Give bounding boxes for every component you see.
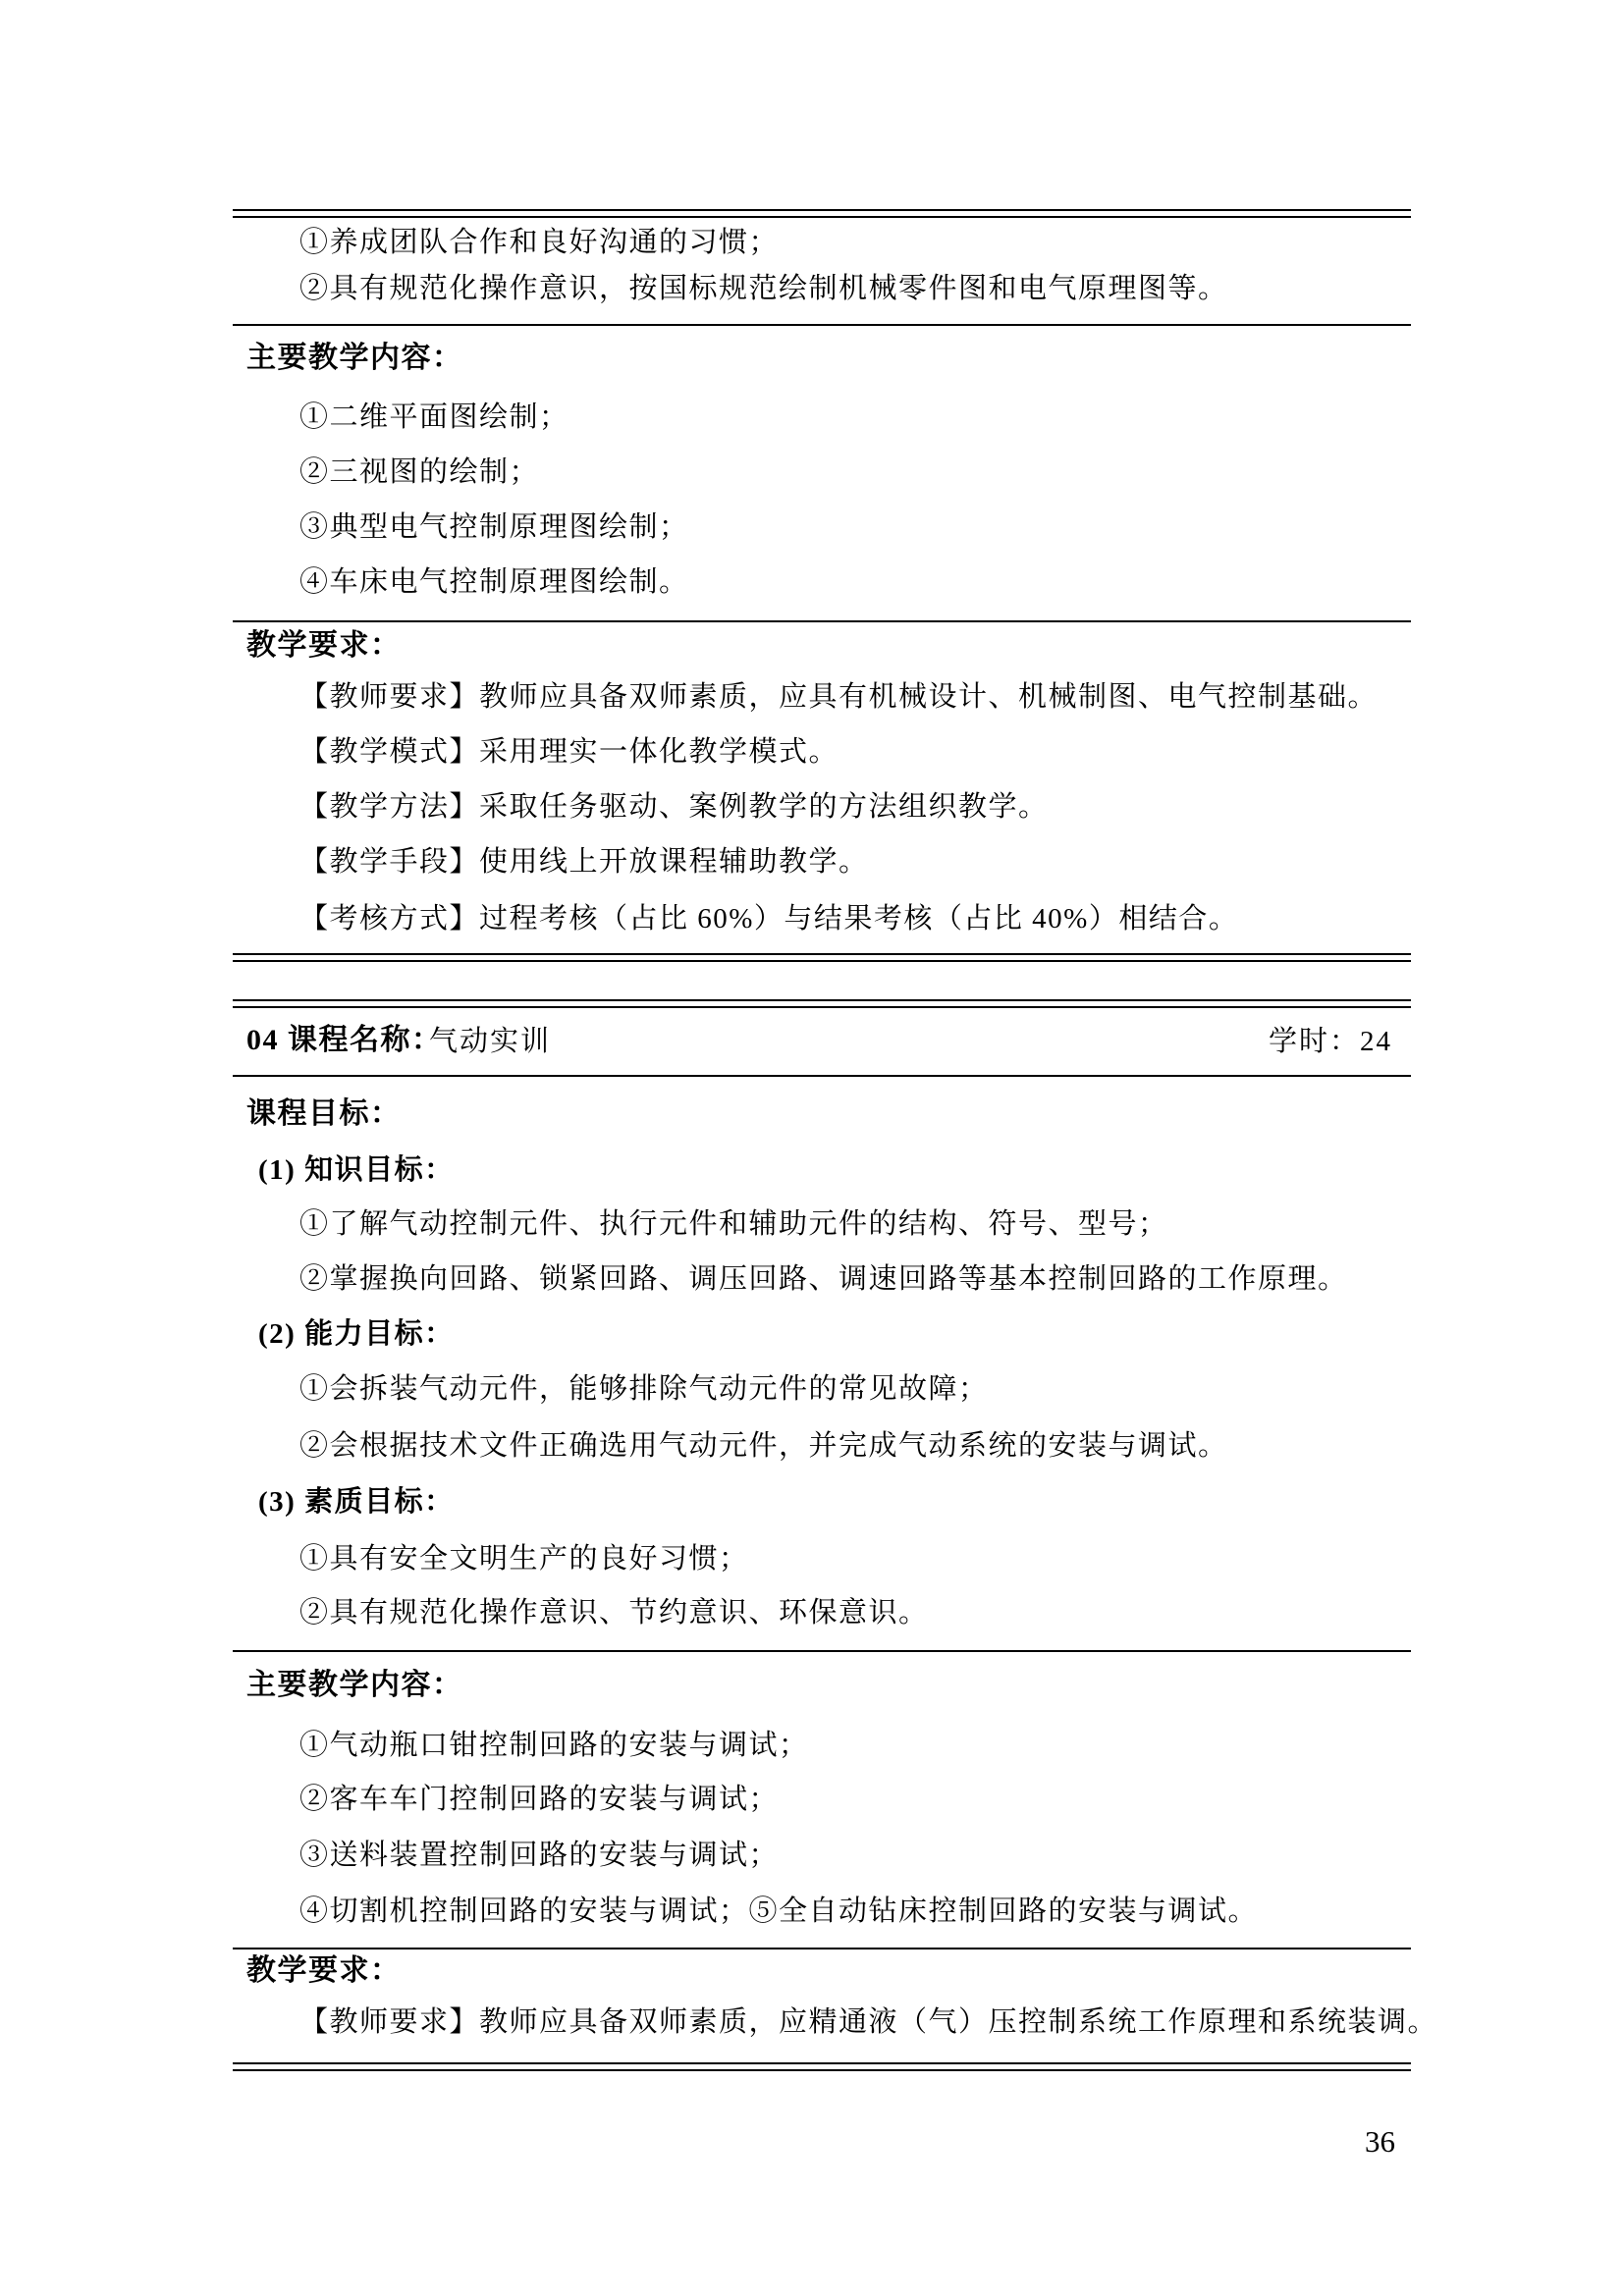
teaching-requirement-item: 【教学手段】使用线上开放课程辅助教学。 <box>299 844 869 880</box>
section-title-teaching-content: 主要教学内容： <box>246 341 463 376</box>
section-title-teaching-requirements: 教学要求： <box>246 1953 402 1989</box>
course-number-label: 04 课程名称： <box>246 1023 443 1058</box>
teaching-content-item: ④切割机控制回路的安装与调试；⑤全自动钻床控制回路的安装与调试。 <box>299 1894 1258 1929</box>
document-page: ①养成团队合作和良好沟通的习惯； ②具有规范化操作意识，按国标规范绘制机械零件图… <box>0 0 1624 2296</box>
knowledge-goal-item: ①了解气动控制元件、执行元件和辅助元件的结构、符号、型号； <box>299 1206 1168 1242</box>
teaching-content-item: ②三视图的绘制； <box>299 454 539 490</box>
divider-double <box>233 953 1411 962</box>
teaching-content-item: ③典型电气控制原理图绘制； <box>299 509 689 545</box>
subsection-title-knowledge-goals: (1) 知识目标： <box>258 1152 455 1188</box>
teaching-content-item: ①气动瓶口钳控制回路的安装与调试； <box>299 1728 809 1763</box>
ability-goal-item: ②会根据技术文件正确选用气动元件，并完成气动系统的安装与调试。 <box>299 1428 1228 1464</box>
teaching-requirement-item: 【考核方式】过程考核（占比 60%）与结果考核（占比 40%）相结合。 <box>299 901 1238 936</box>
divider-single <box>233 1650 1411 1652</box>
divider-single <box>233 1948 1411 1949</box>
section-title-course-objectives: 课程目标： <box>246 1096 402 1132</box>
teaching-requirement-item: 【教师要求】教师应具备双师素质，应精通液（气）压控制系统工作原理和系统装调。 <box>299 2004 1437 2040</box>
teaching-requirement-item: 【教师要求】教师应具备双师素质，应具有机械设计、机械制图、电气控制基础。 <box>299 679 1378 715</box>
divider-double <box>233 2062 1411 2071</box>
section-title-teaching-content: 主要教学内容： <box>246 1668 463 1703</box>
teaching-content-item: ③送料装置控制回路的安装与调试； <box>299 1838 779 1873</box>
course-hours-value: 24 <box>1360 1026 1392 1057</box>
divider-single <box>233 324 1411 326</box>
course-hours: 学时：24 <box>1269 1024 1392 1059</box>
divider-single <box>233 1075 1411 1077</box>
subsection-title-quality-goals: (3) 素质目标： <box>258 1484 455 1520</box>
ability-goal-item: ①会拆装气动元件，能够排除气动元件的常见故障； <box>299 1371 989 1407</box>
quality-goal-item: ①具有安全文明生产的良好习惯； <box>299 1541 749 1576</box>
section-title-teaching-requirements: 教学要求： <box>246 628 402 664</box>
teaching-content-item: ①二维平面图绘制； <box>299 400 569 435</box>
teaching-requirement-item: 【教学模式】采用理实一体化教学模式。 <box>299 734 839 770</box>
divider-double <box>233 209 1411 218</box>
teaching-requirement-item: 【教学方法】采取任务驱动、案例教学的方法组织教学。 <box>299 789 1049 825</box>
teaching-content-item: ②客车车门控制回路的安装与调试； <box>299 1782 779 1817</box>
teaching-content-item: ④车床电气控制原理图绘制。 <box>299 564 689 600</box>
page-number: 36 <box>1365 2124 1395 2160</box>
subsection-title-ability-goals: (2) 能力目标： <box>258 1316 455 1352</box>
knowledge-goal-item: ②掌握换向回路、锁紧回路、调压回路、调速回路等基本控制回路的工作原理。 <box>299 1261 1348 1297</box>
course-hours-label: 学时： <box>1269 1026 1360 1057</box>
divider-double <box>233 999 1411 1008</box>
quality-goal-item: ①养成团队合作和良好沟通的习惯； <box>299 225 779 260</box>
course-name: 气动实训 <box>429 1024 551 1059</box>
quality-goal-item: ②具有规范化操作意识，按国标规范绘制机械零件图和电气原理图等。 <box>299 271 1228 306</box>
quality-goal-item: ②具有规范化操作意识、节约意识、环保意识。 <box>299 1595 929 1630</box>
divider-single <box>233 620 1411 622</box>
